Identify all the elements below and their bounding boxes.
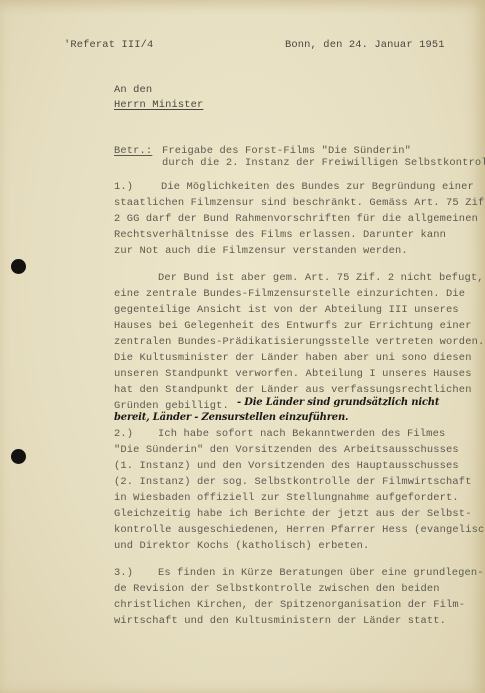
paragraph-3-line: (1. Instanz) und den Vorsitzenden des Ha…: [114, 460, 459, 473]
punch-hole-upper: [11, 259, 26, 274]
punch-hole-lower: [11, 449, 26, 464]
recipient-line-1: An den: [114, 84, 152, 97]
paragraph-3-line: und Direktor Kochs (katholisch) erbeten.: [114, 540, 369, 553]
paragraph-4-line: christlichen Kirchen, der Spitzenorganis…: [114, 599, 465, 612]
paragraph-4-line: wirtschaft und den Kultusministern der L…: [114, 615, 446, 628]
subject-label: Betr.:: [114, 145, 152, 158]
paragraph-2-line: Hauses bei Gelegenheit des Entwurfs zur …: [114, 320, 472, 333]
paragraph-3-line: Ich habe sofort nach Bekanntwerden des F…: [158, 428, 445, 441]
paragraph-4-number: 3.): [114, 567, 133, 580]
paragraph-2-line: zentralen Bundes-Prädikatisierungsstelle…: [114, 336, 484, 349]
handwritten-annotation: - Die Länder sind grundsätzlich nicht: [237, 397, 439, 408]
paragraph-4-line: Es finden in Kürze Beratungen über eine …: [158, 567, 484, 580]
paragraph-3-line: "Die Sünderin" den Vorsitzenden des Arbe…: [114, 444, 459, 457]
paragraph-3-number: 2.): [114, 428, 133, 441]
paragraph-3-line: (2. Instanz) der sog. Selbstkontrolle de…: [114, 476, 472, 489]
paragraph-2-line: eine zentrale Bundes-Filmzensurstelle ei…: [114, 288, 465, 301]
document-page: 'Referat III/4 Bonn, den 24. Januar 1951…: [0, 0, 485, 693]
paragraph-2-line: Der Bund ist aber gem. Art. 75 Zif. 2 ni…: [158, 272, 484, 285]
paragraph-4-line: de Revision der Selbstkontrolle zwischen…: [114, 583, 440, 596]
paragraph-3-line: kontrolle ausgeschiedenen, Herren Pfarre…: [114, 524, 485, 537]
recipient-line-2: Herrn Minister: [114, 99, 203, 112]
place-date: Bonn, den 24. Januar 1951: [285, 39, 445, 52]
paragraph-3-line: Gleichzeitig habe ich Berichte der jetzt…: [114, 508, 472, 521]
paragraph-1-number: 1.): [114, 181, 133, 194]
handwritten-annotation: bereit, Länder - Zensurstellen einzuführ…: [114, 412, 348, 423]
paragraph-2-line: hat den Standpunkt der Länder aus verfas…: [114, 384, 472, 397]
paragraph-2-line: Die Kultusminister der Länder haben aber…: [114, 352, 472, 365]
paragraph-2-line: unseren Standpunkt verworfen. Abteilung …: [114, 368, 472, 381]
paragraph-2-line: gegenteilige Ansicht ist von der Abteilu…: [114, 304, 459, 317]
paragraph-3-line: in Wiesbaden offiziell zur Stellungnahme…: [114, 492, 459, 505]
paragraph-1-line: Die Möglichkeiten des Bundes zur Begründ…: [161, 181, 474, 194]
paragraph-1-line: zur Not auch die Filmzensur verstanden w…: [114, 245, 408, 258]
paragraph-1-line: 2 GG darf der Bund Rahmenvorschriften fü…: [114, 213, 478, 226]
paragraph-1-line: Rechtsverhältnisse des Films erlassen. D…: [114, 229, 446, 242]
paragraph-1-line: staatlichen Filmzensur sind beschränkt. …: [114, 197, 485, 210]
subject-line-2: durch die 2. Instanz der Freiwilligen Se…: [162, 157, 485, 170]
reference-number: 'Referat III/4: [64, 39, 153, 52]
